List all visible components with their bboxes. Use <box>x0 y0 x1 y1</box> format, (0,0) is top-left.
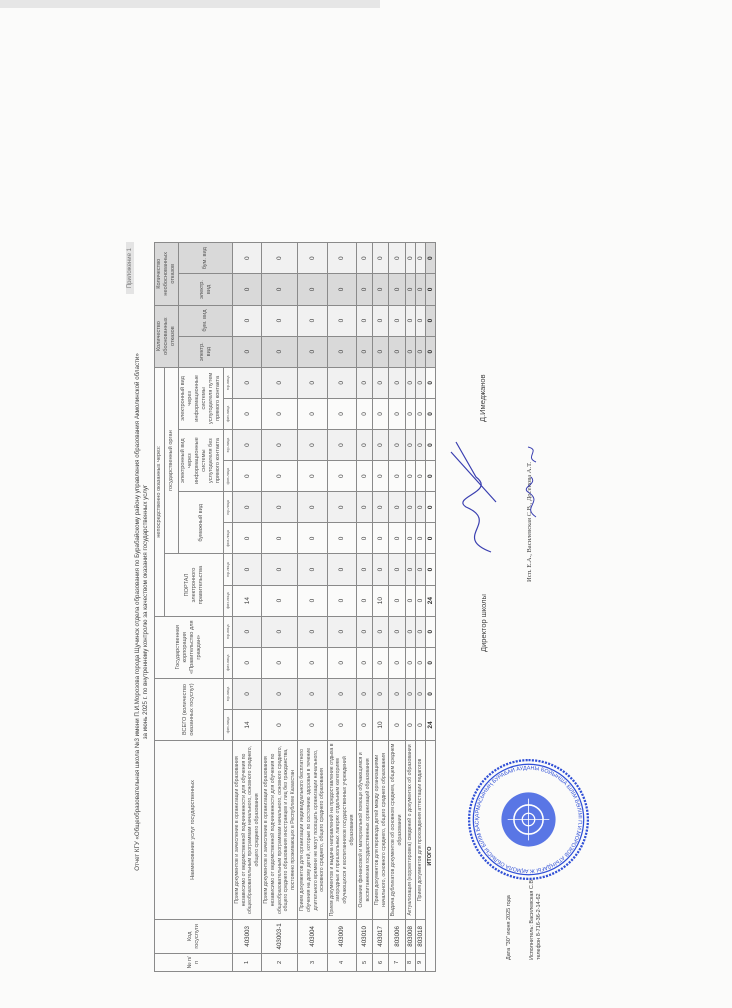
value-cell: 0 <box>415 430 425 461</box>
value-cell: 0 <box>327 430 356 461</box>
value-cell: 0 <box>415 461 425 492</box>
value-cell: 0 <box>389 243 405 274</box>
total-value-cell: 0 <box>425 647 435 678</box>
value-cell: 0 <box>262 243 298 274</box>
value-cell: 0 <box>373 305 389 336</box>
value-cell: 0 <box>327 243 356 274</box>
value-cell: 0 <box>415 554 425 585</box>
name-cell: Прием документов и выдача направлений на… <box>327 741 356 920</box>
header-appeals-paper: бум. вид <box>179 305 233 336</box>
value-cell: 0 <box>389 461 405 492</box>
value-cell: 0 <box>373 398 389 429</box>
num-cell: 6 <box>373 953 389 971</box>
name-cell: Прием документов для перевода детей межд… <box>373 741 389 920</box>
total-value-cell: 0 <box>425 305 435 336</box>
value-cell: 0 <box>357 430 373 461</box>
value-cell: 0 <box>415 616 425 647</box>
value-cell: 0 <box>262 647 298 678</box>
value-cell: 0 <box>262 678 298 709</box>
num-cell: 1 <box>233 953 262 971</box>
value-cell: 0 <box>262 305 298 336</box>
name-cell: Оказание финансовой и материальной помощ… <box>357 741 373 920</box>
subheader-jur: юр.лица <box>224 554 233 585</box>
value-cell: 0 <box>389 305 405 336</box>
value-cell: 0 <box>327 492 356 523</box>
value-cell: 0 <box>373 336 389 367</box>
value-cell: 0 <box>298 710 327 741</box>
value-cell: 0 <box>262 461 298 492</box>
num-cell: 9 <box>415 953 425 971</box>
subheader-phys: физ.лица <box>224 461 233 492</box>
header-unfounded-paper: бум. вид <box>179 243 233 274</box>
total-value-cell: 0 <box>425 616 435 647</box>
value-cell: 0 <box>327 647 356 678</box>
table-row: 7803006Выдача дубликатов документов об о… <box>389 243 405 972</box>
value-cell: 0 <box>415 398 425 429</box>
value-cell: 0 <box>415 492 425 523</box>
value-cell: 0 <box>373 492 389 523</box>
code-cell: 403010 <box>357 919 373 953</box>
value-cell: 0 <box>327 710 356 741</box>
subheader-jur: юр.лица <box>224 367 233 398</box>
value-cell: 10 <box>373 710 389 741</box>
code-cell: 803006 <box>389 919 405 953</box>
value-cell: 0 <box>327 274 356 305</box>
value-cell: 0 <box>262 367 298 398</box>
code-cell: 403003-1 <box>262 919 298 953</box>
code-cell: 803018 <box>415 919 425 953</box>
table-row: 2403003-1Прием документов и зачисление в… <box>262 243 298 972</box>
value-cell: 0 <box>389 492 405 523</box>
services-table: № п/п Код госуслуги Наименование услуг г… <box>154 242 436 972</box>
value-cell: 0 <box>233 336 262 367</box>
table-row: 8803008Актуализация (корректировка) свед… <box>405 243 415 972</box>
header-appeals: Количество обоснованных отказов <box>155 305 179 367</box>
value-cell: 0 <box>262 336 298 367</box>
value-cell: 0 <box>357 336 373 367</box>
header-paper: бумажный вид <box>179 492 224 554</box>
total-value-cell: 0 <box>425 243 435 274</box>
total-value-cell: 0 <box>425 554 435 585</box>
title-line-2: за июнь 2025 г. по внутреннему контролю … <box>142 262 150 962</box>
header-corp: Государственная корпорация «Правительств… <box>155 616 224 678</box>
value-cell: 0 <box>298 336 327 367</box>
value-cell: 0 <box>373 243 389 274</box>
report-title: Отчет КГУ «Общеобразовательная школа №3 … <box>134 262 150 962</box>
value-cell: 0 <box>415 243 425 274</box>
subheader-jur: юр.лица <box>224 430 233 461</box>
value-cell: 0 <box>298 430 327 461</box>
value-cell: 0 <box>357 554 373 585</box>
subheader-jur: юр.лица <box>224 678 233 709</box>
header-unfounded: Количество необоснованных отказов <box>155 243 179 306</box>
subheader-jur: юр.лица <box>224 616 233 647</box>
value-cell: 0 <box>389 336 405 367</box>
value-cell: 0 <box>298 492 327 523</box>
value-cell: 0 <box>298 554 327 585</box>
value-cell: 0 <box>233 492 262 523</box>
total-value-cell: 0 <box>425 398 435 429</box>
value-cell: 0 <box>357 710 373 741</box>
num-cell: 4 <box>327 953 356 971</box>
name-cell: Прием документов для организации индивид… <box>298 741 327 920</box>
value-cell: 0 <box>357 274 373 305</box>
total-value-cell: 0 <box>425 492 435 523</box>
value-cell: 0 <box>373 523 389 554</box>
subheader-phys: физ.лица <box>224 398 233 429</box>
name-cell: Прием документов и зачисление в организа… <box>233 741 262 920</box>
num-cell: 2 <box>262 953 298 971</box>
header-appeals-electr: электр. вид <box>179 336 233 367</box>
value-cell: 0 <box>262 492 298 523</box>
value-cell: 0 <box>389 523 405 554</box>
value-cell: 0 <box>405 554 415 585</box>
total-value-cell: 0 <box>425 678 435 709</box>
value-cell: 0 <box>327 336 356 367</box>
total-label: ИТОГО <box>425 741 435 972</box>
director-signature-icon <box>446 432 506 562</box>
value-cell: 0 <box>373 554 389 585</box>
value-cell: 0 <box>389 430 405 461</box>
value-cell: 0 <box>405 616 415 647</box>
value-cell: 0 <box>327 523 356 554</box>
value-cell: 0 <box>415 305 425 336</box>
value-cell: 0 <box>327 678 356 709</box>
value-cell: 0 <box>405 523 415 554</box>
code-cell: 403009 <box>327 919 356 953</box>
value-cell: 0 <box>298 367 327 398</box>
num-cell: 3 <box>298 953 327 971</box>
value-cell: 0 <box>405 710 415 741</box>
value-cell: 0 <box>233 647 262 678</box>
value-cell: 0 <box>262 554 298 585</box>
value-cell: 0 <box>233 430 262 461</box>
value-cell: 0 <box>262 616 298 647</box>
value-cell: 0 <box>298 585 327 616</box>
value-cell: 0 <box>233 367 262 398</box>
num-cell: 5 <box>357 953 373 971</box>
appendix-label: Приложение 1 <box>126 242 134 294</box>
value-cell: 0 <box>298 523 327 554</box>
value-cell: 0 <box>262 585 298 616</box>
value-cell: 0 <box>298 243 327 274</box>
value-cell: 0 <box>357 367 373 398</box>
total-row: ИТОГО240002400000000000 <box>425 243 435 972</box>
executor-info: Исполнитель: Василевская С.В. телефон 8-… <box>529 878 543 960</box>
value-cell: 0 <box>389 367 405 398</box>
code-cell: 803008 <box>405 919 415 953</box>
value-cell: 0 <box>357 398 373 429</box>
value-cell: 0 <box>415 336 425 367</box>
name-cell: Актуализация (корректировка) сведений о … <box>405 741 415 920</box>
value-cell: 0 <box>415 647 425 678</box>
value-cell: 0 <box>233 461 262 492</box>
value-cell: 0 <box>415 274 425 305</box>
total-value-cell: 24 <box>425 585 435 616</box>
header-electronic-no-contact: электронный вид через информационные сис… <box>179 430 224 492</box>
value-cell: 0 <box>357 678 373 709</box>
value-cell: 0 <box>373 678 389 709</box>
value-cell: 0 <box>405 305 415 336</box>
value-cell: 0 <box>327 616 356 647</box>
value-cell: 0 <box>373 430 389 461</box>
value-cell: 0 <box>233 523 262 554</box>
report-page: Приложение 1 Отчет КГУ «Общеобразователь… <box>126 242 606 982</box>
header-name: Наименование услуг государственных <box>155 741 233 920</box>
executor-name: Исполнитель: Василевская С.В. <box>529 878 536 960</box>
value-cell: 0 <box>327 305 356 336</box>
title-line-1: Отчет КГУ «Общеобразовательная школа №3 … <box>134 262 142 962</box>
value-cell: 0 <box>405 678 415 709</box>
total-value-cell: 0 <box>425 367 435 398</box>
value-cell: 0 <box>233 554 262 585</box>
subheader-jur: юр.лица <box>224 492 233 523</box>
header-total: ВСЕГО (количество оказанных госуслуг) <box>155 678 224 740</box>
subheader-phys: физ.лица <box>224 710 233 741</box>
value-cell: 0 <box>405 367 415 398</box>
value-cell: 0 <box>357 647 373 678</box>
value-cell: 0 <box>405 274 415 305</box>
value-cell: 0 <box>389 554 405 585</box>
value-cell: 0 <box>233 274 262 305</box>
scan-edge <box>0 0 380 8</box>
value-cell: 0 <box>405 398 415 429</box>
code-cell: 403017 <box>373 919 389 953</box>
committee-signatures-icon <box>516 442 546 522</box>
value-cell: 0 <box>389 710 405 741</box>
value-cell: 0 <box>262 274 298 305</box>
header-electronic-contact: электронный вид через информационные сис… <box>179 367 224 429</box>
value-cell: 0 <box>298 461 327 492</box>
value-cell: 0 <box>298 274 327 305</box>
total-value-cell: 0 <box>425 430 435 461</box>
num-cell: 7 <box>389 953 405 971</box>
value-cell: 0 <box>357 243 373 274</box>
table-row: 3403004Прием документов для организации … <box>298 243 327 972</box>
value-cell: 0 <box>327 398 356 429</box>
value-cell: 0 <box>389 616 405 647</box>
value-cell: 0 <box>405 430 415 461</box>
table-row: 4403009Прием документов и выдача направл… <box>327 243 356 972</box>
value-cell: 14 <box>233 585 262 616</box>
value-cell: 0 <box>357 585 373 616</box>
name-cell: Выдача дубликатов документов об основном… <box>389 741 405 920</box>
value-cell: 0 <box>405 336 415 367</box>
value-cell: 0 <box>405 461 415 492</box>
value-cell: 0 <box>389 398 405 429</box>
table-row: 5403010Оказание финансовой и материально… <box>357 243 373 972</box>
value-cell: 0 <box>233 616 262 647</box>
value-cell: 0 <box>405 243 415 274</box>
header-code: Код госуслуги <box>155 919 233 953</box>
header-indirect: непосредственно оказанных через: <box>155 367 165 616</box>
value-cell: 0 <box>233 398 262 429</box>
value-cell: 0 <box>262 430 298 461</box>
value-cell: 0 <box>415 585 425 616</box>
value-cell: 0 <box>298 305 327 336</box>
value-cell: 0 <box>298 678 327 709</box>
header-portal: ПОРТАЛ электронного правительства <box>165 554 224 616</box>
table-row: 1403003Прием документов и зачисление в о… <box>233 243 262 972</box>
value-cell: 0 <box>262 523 298 554</box>
value-cell: 0 <box>373 647 389 678</box>
value-cell: 0 <box>357 305 373 336</box>
value-cell: 0 <box>233 305 262 336</box>
total-value-cell: 0 <box>425 274 435 305</box>
executor-phone: телефон 8-716-36-2-14-62 <box>536 878 543 960</box>
value-cell: 0 <box>298 398 327 429</box>
subheader-phys: физ.лица <box>224 523 233 554</box>
value-cell: 0 <box>298 647 327 678</box>
subheader-phys: физ.лица <box>224 647 233 678</box>
value-cell: 0 <box>415 367 425 398</box>
value-cell: 0 <box>373 461 389 492</box>
table-row: 6403017Прием документов для перевода дет… <box>373 243 389 972</box>
value-cell: 0 <box>405 647 415 678</box>
value-cell: 0 <box>415 678 425 709</box>
value-cell: 14 <box>233 710 262 741</box>
value-cell: 0 <box>373 274 389 305</box>
subheader-phys: физ.лица <box>224 585 233 616</box>
official-stamp-icon: АҚМОЛА ОБЛЫСЫ БІЛІМ БАСҚАРМАСЫНЫҢ БУРАБА… <box>466 757 591 882</box>
value-cell: 0 <box>262 710 298 741</box>
total-value-cell: 24 <box>425 710 435 741</box>
value-cell: 0 <box>327 367 356 398</box>
name-cell: Прием документов и зачисление в организа… <box>262 741 298 920</box>
code-cell: 403003 <box>233 919 262 953</box>
value-cell: 0 <box>357 461 373 492</box>
value-cell: 10 <box>373 585 389 616</box>
header-unfounded-electr: электр. вид <box>179 274 233 305</box>
value-cell: 0 <box>233 678 262 709</box>
value-cell: 0 <box>357 616 373 647</box>
value-cell: 0 <box>415 710 425 741</box>
header-gov-body: государственный орган <box>165 367 179 554</box>
value-cell: 0 <box>389 678 405 709</box>
total-value-cell: 0 <box>425 461 435 492</box>
value-cell: 0 <box>405 585 415 616</box>
value-cell: 0 <box>357 523 373 554</box>
value-cell: 0 <box>233 243 262 274</box>
value-cell: 0 <box>327 585 356 616</box>
value-cell: 0 <box>298 616 327 647</box>
director-name: Д.Имеджанов <box>478 374 487 422</box>
value-cell: 0 <box>357 492 373 523</box>
value-cell: 0 <box>327 554 356 585</box>
value-cell: 0 <box>373 367 389 398</box>
value-cell: 0 <box>415 523 425 554</box>
value-cell: 0 <box>389 274 405 305</box>
value-cell: 0 <box>373 616 389 647</box>
name-cell: Прием документов для прохождения аттеста… <box>415 741 425 920</box>
director-label: Директор школы <box>479 594 488 652</box>
value-cell: 0 <box>389 585 405 616</box>
num-cell: 8 <box>405 953 415 971</box>
table-row: 9803018Прием документов для прохождения … <box>415 243 425 972</box>
total-value-cell: 0 <box>425 523 435 554</box>
total-value-cell: 0 <box>425 336 435 367</box>
value-cell: 0 <box>327 461 356 492</box>
header-num: № п/п <box>155 953 233 971</box>
code-cell: 403004 <box>298 919 327 953</box>
value-cell: 0 <box>262 398 298 429</box>
value-cell: 0 <box>405 492 415 523</box>
value-cell: 0 <box>389 647 405 678</box>
report-date: Дата "30" июня 2025 года <box>506 895 512 960</box>
